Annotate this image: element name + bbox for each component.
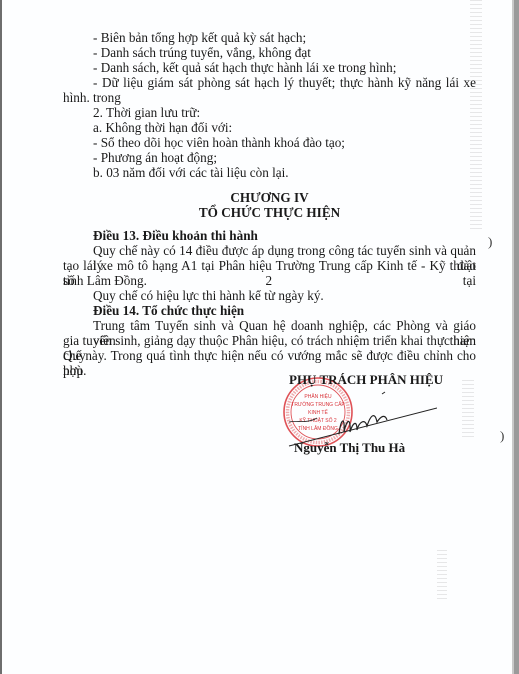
- handwritten-signature-icon: [287, 388, 437, 448]
- scan-artifact-paren: ): [488, 234, 492, 250]
- article-13-effective: Quy chế có hiệu lực thi hành kể từ ngày …: [63, 288, 476, 303]
- list-item: - Phương án hoạt động;: [63, 150, 476, 165]
- scan-noise: [437, 550, 447, 600]
- list-item: - Danh sách trúng tuyển, vắng, không đạt: [63, 45, 476, 60]
- list-item: - Dữ liệu giám sát phòng sát hạch lý thu…: [63, 75, 476, 90]
- article-13-paragraph: tạo lái xe mô tô hạng A1 tại Phân hiệu T…: [63, 258, 476, 273]
- article-13-paragraph: Quy chế này có 14 điều được áp dụng tron…: [63, 243, 476, 258]
- storage-a: a. Không thời hạn đối với:: [63, 120, 476, 135]
- storage-b: b. 03 năm đối với các tài liệu còn lại.: [63, 165, 476, 180]
- storage-heading: 2. Thời gian lưu trữ:: [63, 105, 476, 120]
- signer-name: Nguyễn Thị Thu Hà: [294, 440, 405, 456]
- article-14-paragraph: chế này. Trong quá tình thực hiện nếu có…: [63, 348, 476, 363]
- list-item: - Biên bản tổng hợp kết quả kỳ sát hạch;: [63, 30, 476, 45]
- article-14-heading: Điều 14. Tổ chức thực hiện: [63, 303, 476, 318]
- article-13-heading: Điều 13. Điều khoản thi hành: [63, 228, 476, 243]
- article-14-paragraph: Trung tâm Tuyển sinh và Quan hệ doanh ng…: [63, 318, 476, 333]
- list-item: - Danh sách, kết quả sát hạch thực hành …: [63, 60, 476, 75]
- scan-noise: [462, 380, 474, 440]
- page-edge-left: [0, 0, 2, 674]
- signer-title: PHỤ TRÁCH PHÂN HIỆU: [289, 372, 443, 388]
- list-item-continuation: hình.: [63, 90, 476, 105]
- document-body: - Biên bản tổng hợp kết quả kỳ sát hạch;…: [63, 30, 476, 378]
- chapter-number: CHƯƠNG IV: [63, 190, 476, 205]
- page-edge-right: [512, 0, 519, 674]
- scan-artifact-paren: ): [500, 428, 504, 444]
- list-item: - Sổ theo dõi học viên hoàn thành khoá đ…: [63, 135, 476, 150]
- chapter-title: TỔ CHỨC THỰC HIỆN: [63, 205, 476, 220]
- article-14-paragraph: gia tuyển sinh, giảng dạy thuộc Phân hiệ…: [63, 333, 476, 348]
